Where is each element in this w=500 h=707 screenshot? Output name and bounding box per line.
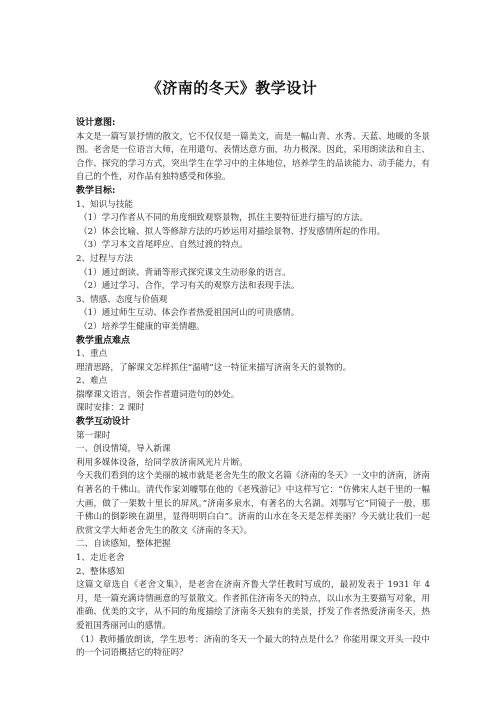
goal-item: （3）学习本文首尾呼应、自然过渡的特点。: [76, 239, 430, 253]
step-question: （1）教师播放朗读，学生思考：济南的冬天一个最大的特点是什么？你能用课文开头一段…: [76, 634, 430, 661]
difficulty-body: 揣摩课文语言，领会作者遣词造句的妙处。: [76, 389, 430, 403]
design-intent-paragraph: 本文是一篇写景抒情的散文，它不仅仅是一篇美文，而是一幅山青、水秀、天蓝、地暖的冬…: [76, 131, 430, 185]
goal-item: （1）通过师生互动、体会作者热爱祖国河山的可贵感情。: [76, 307, 430, 321]
difficulty-title: 2、难点: [76, 375, 430, 389]
step-title: 一、创设情境，导入新课: [76, 443, 430, 457]
document-page: 《济南的冬天》教学设计 设计意图: 本文是一篇写景抒情的散文，它不仅仅是一篇美文…: [0, 0, 500, 707]
goal-item: （1）通过朗读、背诵等形式探究课文生动形象的语言。: [76, 267, 430, 281]
schedule-line: 课时安排：2 课时: [76, 402, 430, 416]
goal-item: （2）通过学习、合作，学习有关的观察方法和表现手法。: [76, 280, 430, 294]
step-subtitle: 1、走近老舍: [76, 552, 430, 566]
goal-item: （1）学习作者从不同的角度细致观察景物，抓住主要特征进行描写的方法。: [76, 212, 430, 226]
key-point-title: 1、重点: [76, 348, 430, 362]
goal-knowledge-title: 1、知识与技能: [76, 199, 430, 213]
step-title: 二、自读感知，整体把握: [76, 538, 430, 552]
goal-process-title: 2、过程与方法: [76, 253, 430, 267]
document-body: 设计意图: 本文是一篇写景抒情的散文，它不仅仅是一篇美文，而是一幅山青、水秀、天…: [76, 117, 430, 661]
step-paragraph: 今天我们看到的这个美丽的城市就是老舍先生的散文名篇《济南的冬天》一文中的济南，济…: [76, 470, 430, 538]
step-paragraph: 利用多媒体设备，给同学放济南风光片片断。: [76, 457, 430, 471]
document-title: 《济南的冬天》教学设计: [0, 79, 464, 97]
key-point-body: 理清思路，了解课文怎样抓住“温晴”这一特征来描写济南冬天的景物的。: [76, 362, 430, 376]
step-subtitle: 2、整体感知: [76, 566, 430, 580]
goal-item: （2）培养学生健康的审美情趣。: [76, 321, 430, 335]
section-heading-key-points: 教学重点难点: [76, 335, 430, 349]
section-heading-interactive-design: 教学互动设计: [76, 416, 430, 430]
goal-item: （2）体会比喻、拟人等修辞方法的巧妙运用对描绘景物、抒发感情所起的作用。: [76, 226, 430, 240]
section-heading-design-intent: 设计意图:: [76, 117, 430, 131]
step-paragraph: 这篇文章选自《老舍文集》，是老舍在济南齐鲁大学任教时写成的，最初发表于 1931…: [76, 579, 430, 633]
lesson-label: 第一课时: [76, 430, 430, 444]
goal-values-title: 3、情感、态度与价值观: [76, 294, 430, 308]
section-heading-teaching-goals: 教学目标:: [76, 185, 430, 199]
